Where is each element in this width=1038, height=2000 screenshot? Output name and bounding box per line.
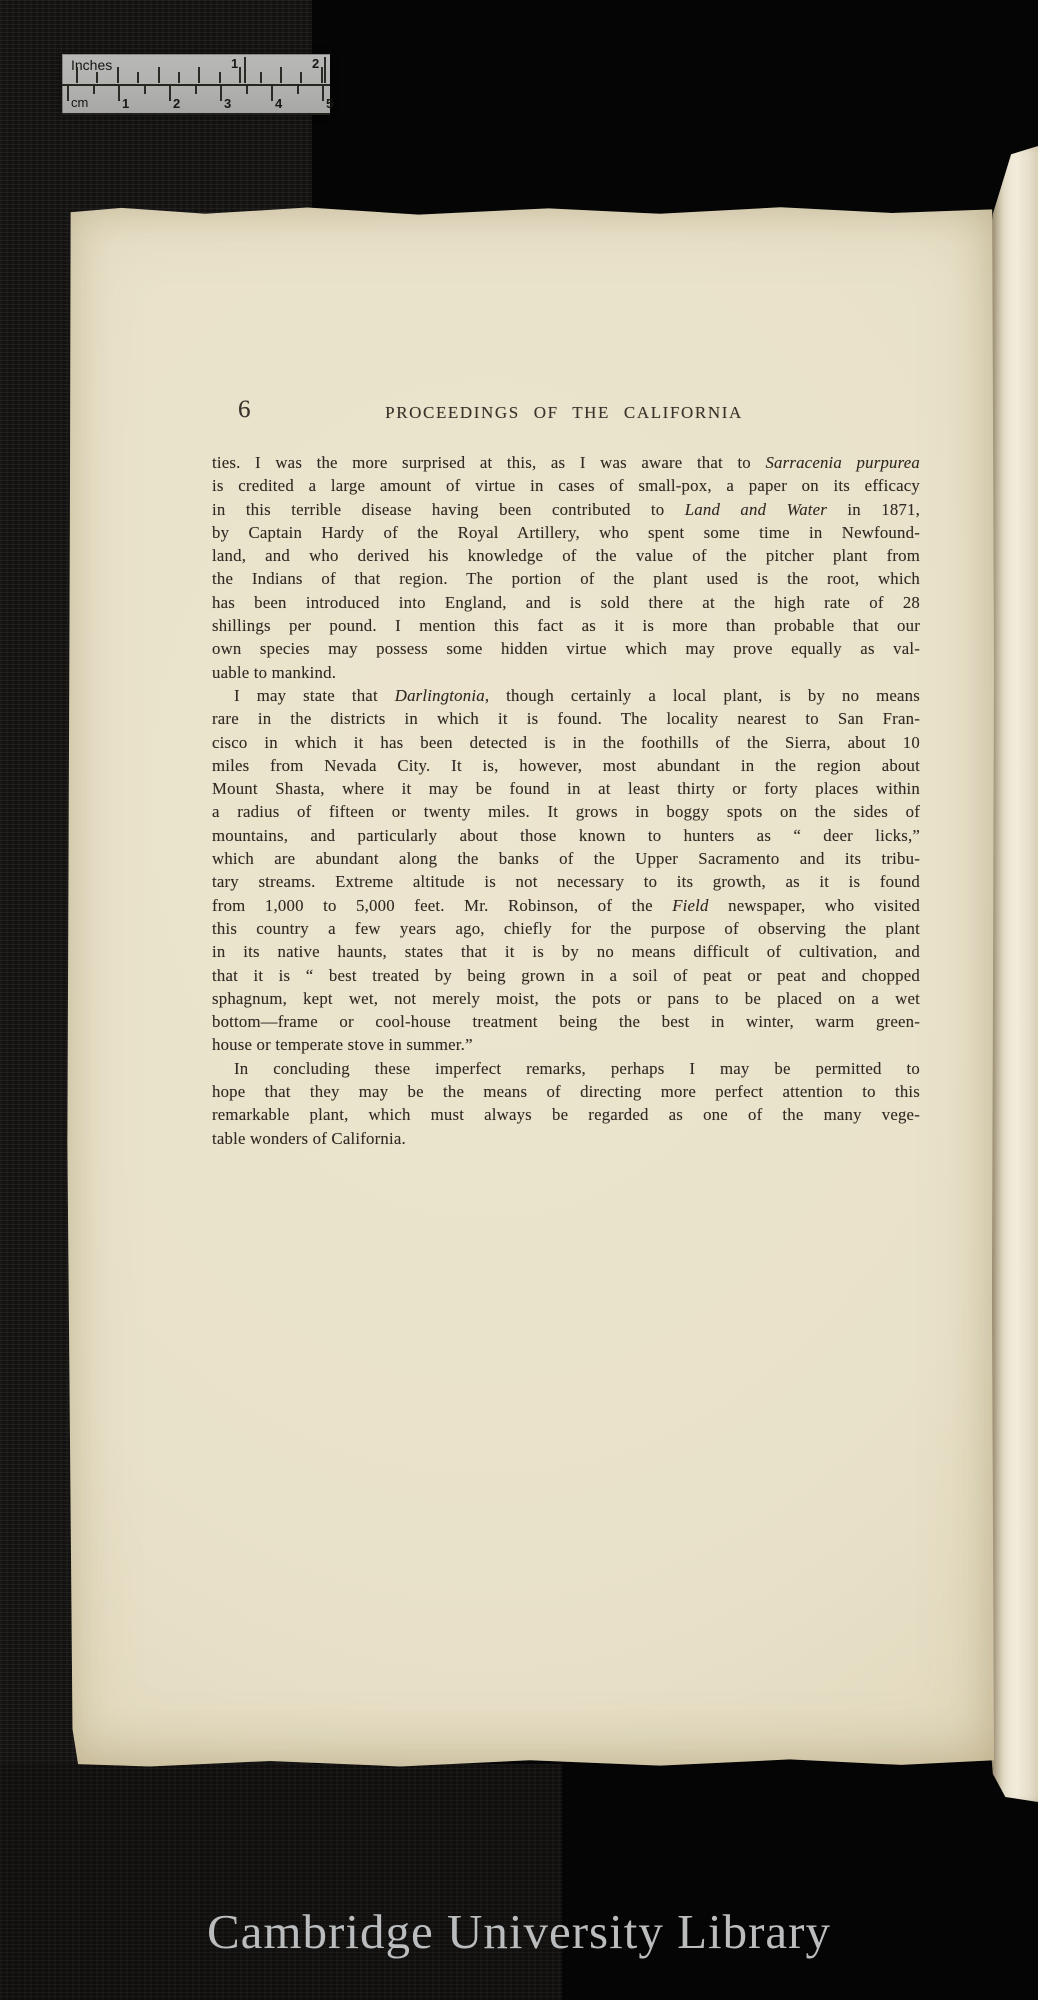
text-line: this country a few years ago, chiefly fo… bbox=[212, 917, 920, 940]
text-segment: remarkable plant, which must always be r… bbox=[212, 1105, 920, 1124]
text-line: has been introduced into England, and is… bbox=[212, 591, 920, 614]
text-segment: own species may possess some hidden virt… bbox=[212, 639, 920, 658]
text-segment: sphagnum, kept wet, not merely moist, th… bbox=[212, 989, 920, 1008]
scanned-book-photo: 6 PROCEEDINGS OF THE CALIFORNIA ties. I … bbox=[0, 0, 1038, 2000]
text-segment: table wonders of California. bbox=[212, 1129, 406, 1148]
ruler-inch-ticks bbox=[62, 54, 330, 84]
text-line: bottom—frame or cool-house treatment bei… bbox=[212, 1010, 920, 1033]
italic-text: Sarracenia purpurea bbox=[765, 453, 920, 472]
text-line: a radius of fifteen or twenty miles. It … bbox=[212, 800, 920, 823]
italic-text: Darlingtonia bbox=[395, 686, 485, 705]
text-line: tary streams. Extreme altitude is not ne… bbox=[212, 870, 920, 893]
text-line: In concluding these imperfect remarks, p… bbox=[212, 1057, 920, 1080]
italic-text: Land and Water bbox=[685, 500, 827, 519]
text-segment: miles from Nevada City. It is, however, … bbox=[212, 756, 920, 775]
next-page-edge bbox=[990, 146, 1038, 1802]
measurement-ruler: Inches 12 12345 cm bbox=[62, 54, 330, 115]
text-segment: I may state that bbox=[234, 686, 395, 705]
text-segment: that it is “ best treated by being grown… bbox=[212, 966, 920, 985]
text-segment: has been introduced into England, and is… bbox=[212, 593, 920, 612]
text-segment: In concluding these imperfect remarks, p… bbox=[234, 1059, 920, 1078]
text-line: in its native haunts, states that it is … bbox=[212, 940, 920, 963]
text-segment: a radius of fifteen or twenty miles. It … bbox=[212, 802, 920, 821]
library-watermark: Cambridge University Library bbox=[0, 1903, 1038, 1960]
text-segment: uable to mankind. bbox=[212, 663, 336, 682]
text-line: own species may possess some hidden virt… bbox=[212, 637, 920, 660]
text-segment: in 1871, bbox=[827, 500, 920, 519]
text-line: uable to mankind. bbox=[212, 661, 920, 684]
text-line: shillings per pound. I mention this fact… bbox=[212, 614, 920, 637]
text-segment: this country a few years ago, chiefly fo… bbox=[212, 919, 920, 938]
text-segment: the Indians of that region. The portion … bbox=[212, 569, 920, 588]
ruler-cm-label: cm bbox=[71, 95, 88, 110]
text-segment: Mount Shasta, where it may be found in a… bbox=[212, 779, 920, 798]
text-line: which are abundant along the banks of th… bbox=[212, 847, 920, 870]
text-line: remarkable plant, which must always be r… bbox=[212, 1103, 920, 1126]
text-line: from 1,000 to 5,000 feet. Mr. Robinson, … bbox=[212, 894, 920, 917]
text-line: house or temperate stove in summer.” bbox=[212, 1033, 920, 1056]
text-line: cisco in which it has been detected is i… bbox=[212, 731, 920, 754]
italic-text: Field bbox=[672, 896, 708, 915]
text-segment: is credited a large amount of virtue in … bbox=[212, 476, 920, 495]
text-line: sphagnum, kept wet, not merely moist, th… bbox=[212, 987, 920, 1010]
text-segment: bottom—frame or cool-house treatment bei… bbox=[212, 1012, 920, 1031]
text-line: is credited a large amount of virtue in … bbox=[212, 474, 920, 497]
text-line: mountains, and particularly about those … bbox=[212, 824, 920, 847]
text-segment: mountains, and particularly about those … bbox=[212, 826, 920, 845]
text-line: miles from Nevada City. It is, however, … bbox=[212, 754, 920, 777]
background-cloth-bottom bbox=[0, 1764, 562, 2000]
text-line: Mount Shasta, where it may be found in a… bbox=[212, 777, 920, 800]
text-segment: rare in the districts in which it is fou… bbox=[212, 709, 920, 728]
text-segment: by Captain Hardy of the Royal Artillery,… bbox=[212, 523, 920, 542]
ruler-cm-ticks bbox=[62, 86, 330, 113]
running-head: PROCEEDINGS OF THE CALIFORNIA bbox=[210, 403, 918, 423]
text-line: the Indians of that region. The portion … bbox=[212, 567, 920, 590]
text-segment: ties. I was the more surprised at this, … bbox=[212, 453, 765, 472]
text-segment: , though certainly a local plant, is by … bbox=[485, 686, 920, 705]
text-segment: in its native haunts, states that it is … bbox=[212, 942, 920, 961]
text-segment: land, and who derived his knowledge of t… bbox=[212, 546, 920, 565]
text-line: hope that they may be the means of direc… bbox=[212, 1080, 920, 1103]
text-segment: shillings per pound. I mention this fact… bbox=[212, 616, 920, 635]
book-page: 6 PROCEEDINGS OF THE CALIFORNIA ties. I … bbox=[66, 206, 994, 1768]
page-body: ties. I was the more surprised at this, … bbox=[212, 451, 920, 1150]
text-segment: house or temperate stove in summer.” bbox=[212, 1035, 473, 1054]
text-segment: cisco in which it has been detected is i… bbox=[212, 733, 920, 752]
text-line: in this terrible disease having been con… bbox=[212, 498, 920, 521]
text-segment: tary streams. Extreme altitude is not ne… bbox=[212, 872, 920, 891]
text-line: that it is “ best treated by being grown… bbox=[212, 964, 920, 987]
text-segment: which are abundant along the banks of th… bbox=[212, 849, 920, 868]
text-segment: newspaper, who visited bbox=[709, 896, 920, 915]
text-line: I may state that Darlingtonia, though ce… bbox=[212, 684, 920, 707]
text-line: rare in the districts in which it is fou… bbox=[212, 707, 920, 730]
text-line: land, and who derived his knowledge of t… bbox=[212, 544, 920, 567]
text-segment: from 1,000 to 5,000 feet. Mr. Robinson, … bbox=[212, 896, 672, 915]
text-segment: hope that they may be the means of direc… bbox=[212, 1082, 920, 1101]
text-line: table wonders of California. bbox=[212, 1127, 920, 1150]
text-line: ties. I was the more surprised at this, … bbox=[212, 451, 920, 474]
text-segment: in this terrible disease having been con… bbox=[212, 500, 685, 519]
text-line: by Captain Hardy of the Royal Artillery,… bbox=[212, 521, 920, 544]
